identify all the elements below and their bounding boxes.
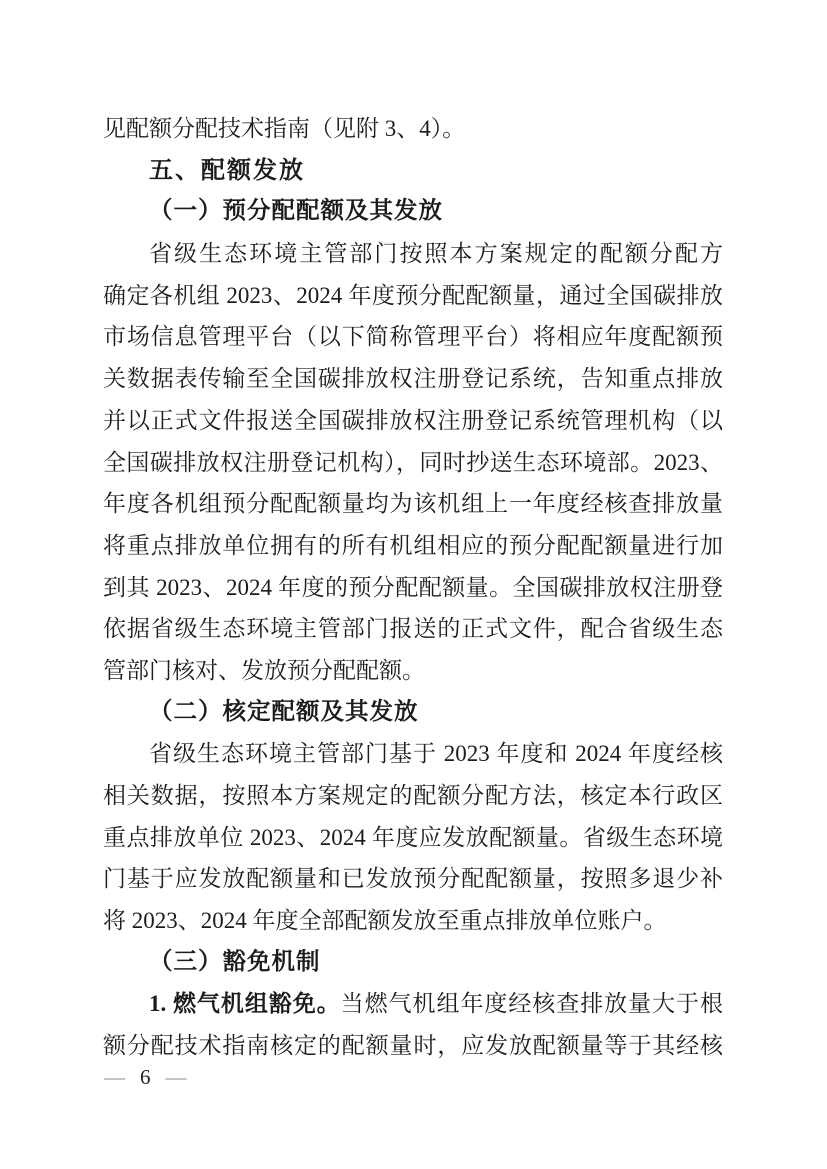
page-number: 6 (140, 1062, 151, 1092)
text-block: 见配额分配技术指南（见附 3、4）。 五、配额发放 （一）预分配配额及其发放 省… (103, 108, 723, 1067)
subsection-heading-exemption-mechanism: （三）豁免机制 (103, 942, 723, 984)
body-line: 管部门核对、发放预分配配额。 (103, 650, 723, 692)
footer-dash-left: — (104, 1065, 125, 1089)
subsection-heading-pre-allocation: （一）预分配配额及其发放 (103, 191, 723, 233)
body-line: 市场信息管理平台（以下简称管理平台）将相应年度配额预分配相 (103, 316, 723, 358)
page-footer: —6— (104, 1062, 187, 1092)
body-line: 确定各机组 2023、2024 年度预分配配额量，通过全国碳排放权交易 (103, 275, 723, 317)
subsection-heading-approved-allocation: （二）核定配额及其发放 (103, 692, 723, 734)
body-line: 将 2023、2024 年度全部配额发放至重点排放单位账户。 (103, 900, 723, 942)
footer-dash-right: — (166, 1065, 187, 1089)
body-line: 相关数据，按照本方案规定的配额分配方法，核定本行政区域内各 (103, 775, 723, 817)
body-line: 关数据表传输至全国碳排放权注册登记系统，告知重点排放单位， (103, 358, 723, 400)
body-line: 重点排放单位 2023、2024 年度应发放配额量。省级生态环境主管部 (103, 817, 723, 859)
body-line: 并以正式文件报送全国碳排放权注册登记系统管理机构（以下简称 (103, 400, 723, 442)
body-line-mixed: 1. 燃气机组豁免。当燃气机组年度经核查排放量大于根据配 (103, 983, 723, 1025)
body-line: 省级生态环境主管部门基于 2023 年度和 2024 年度经核查碳排放 (103, 733, 723, 775)
body-line: 额分配技术指南核定的配额量时，应发放配额量等于其经核查排放 (103, 1025, 723, 1067)
body-line: 依据省级生态环境主管部门报送的正式文件，配合省级生态环境主 (103, 608, 723, 650)
body-line: 门基于应发放配额量和已发放预分配配额量，按照多退少补的原则， (103, 858, 723, 900)
body-line: 省级生态环境主管部门按照本方案规定的配额分配方法，审核 (103, 233, 723, 275)
body-line: 年度各机组预分配配额量均为该机组上一年度经核查排放量的 70%， (103, 483, 723, 525)
section-heading-allowance-issuance: 五、配额发放 (103, 150, 723, 192)
bold-run-gas-unit-exemption: 1. 燃气机组豁免。 (149, 991, 341, 1016)
body-line: 将重点排放单位拥有的所有机组相应的预分配配额量进行加总，得 (103, 525, 723, 567)
body-line: 到其 2023、2024 年度的预分配配额量。全国碳排放权注册登记机构 (103, 567, 723, 609)
body-line: 全国碳排放权注册登记机构），同时抄送生态环境部。2023、2024 (103, 442, 723, 484)
body-line: 见配额分配技术指南（见附 3、4）。 (103, 108, 723, 150)
document-page: 见配额分配技术指南（见附 3、4）。 五、配额发放 （一）预分配配额及其发放 省… (0, 0, 827, 1169)
